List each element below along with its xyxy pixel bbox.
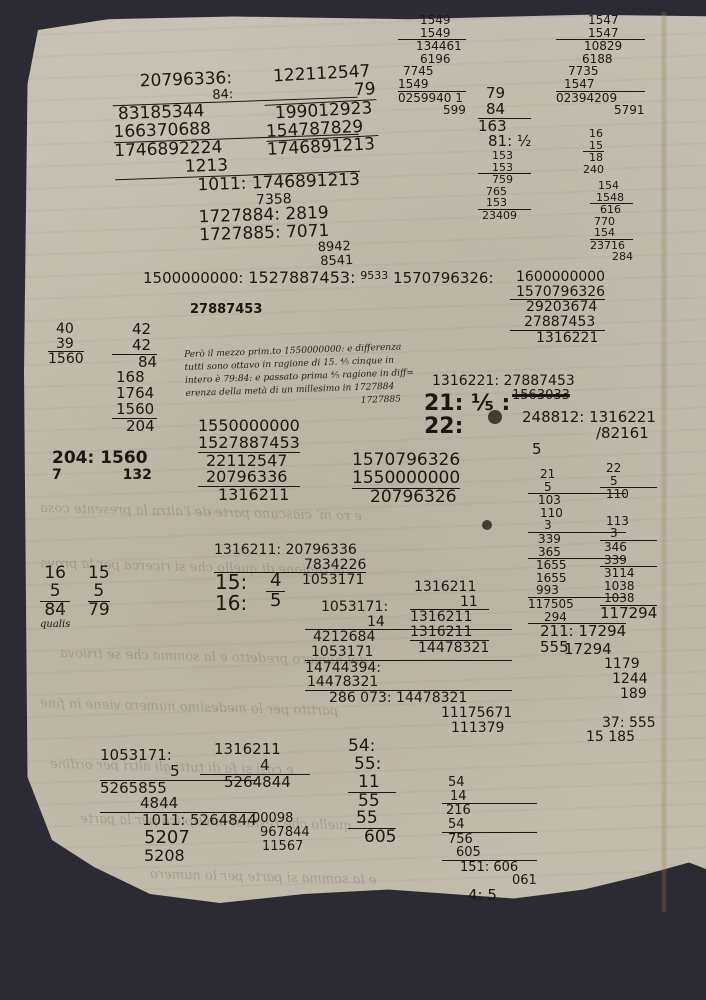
calc-line: 154 [590,227,633,240]
ratio-term: 9533 [360,269,388,282]
calc-line: 5 [266,592,285,611]
calc-line: 5 [522,442,656,458]
calc-line: 605 [348,829,396,847]
calc-block-10: 42 42 84 168 1764 1560 204 [112,322,157,434]
calc-line: 1547 [556,14,645,27]
ratio-15-16: 15: 16: [215,572,247,614]
calc-line: 151: 606 [442,861,537,875]
calc-line: 5 [40,583,70,602]
calc-line: 15: [215,572,247,593]
calc-line: 3114 [600,567,657,580]
calc-line: 605 [442,846,537,861]
ratio-term: 1527887453: [248,268,355,287]
calc-line: 27887453 [510,315,605,331]
calc-line: 1560 [112,402,157,419]
calc-line: 81: ½ [478,134,531,150]
calc-value: 7 [52,467,62,483]
calc-line: 5 [88,583,110,602]
calc-line: 79 [88,602,110,620]
calc-line: 00098 [200,812,310,826]
calc-block-13b: 248812: 1316221 /82161 5 [522,410,656,457]
calc-line: 5264844 [200,775,310,791]
calc-line: 11567 [200,840,310,854]
calc-line: 1549 [398,14,466,27]
calc-block-9: 40 39 1560 [48,322,84,367]
calc-line: 84 [40,602,70,620]
calc-line: /82161 [522,426,656,442]
calc-line: 14 [442,790,537,805]
calc-line: 16 [583,128,604,140]
calc-line: 1316221: 27887453 [432,374,575,389]
calc-block-7: 154 1548 616 770 154 23716 284 [590,180,633,263]
difference-value: 27887453 [190,303,262,317]
calc-line: 11175671 [305,706,512,721]
calc-line: 153 [478,150,531,162]
calc-line: 4 [200,758,310,775]
calc-block-23: 1316211 11 1316211 1316211 14478321 [410,580,489,655]
calc-block-8: 1600000000 1570796326 29203674 27887453 … [510,270,605,345]
calc-line: 11 [348,774,396,793]
page-fold [660,12,668,912]
calc-block-5: 1547 1547 10829 6188 7735 1547 02394209 … [556,14,645,117]
calc-line: 1570796326 [510,285,605,301]
fraction-4-5: 4 5 [266,572,285,611]
calc-line: 3 [600,527,657,541]
calc-block-6: 16 15 18 240 [583,128,604,175]
calc-line: 1547 [556,78,645,92]
calc-line: 189 [600,687,657,702]
calc-line: 1316211 [198,487,300,504]
ink-blot [482,520,492,530]
calc-line: 7 132 [52,468,152,483]
handwritten-note: Però il mezzo prim.to 1550000000: e diff… [184,341,415,414]
calc-line: 759 [478,174,531,186]
calc-line: 204: 1560 [52,450,152,468]
calc-line: 14478321 [410,641,489,656]
calc-line: 346 [600,541,657,554]
calc-line: 240 [583,164,604,176]
calc-line: 117294 [600,606,657,622]
calc-line: 1316211 [410,610,489,625]
calc-line: 153 [478,197,531,210]
calc-line: 54 [442,776,537,790]
calc-line: 4 [266,572,285,592]
calc-line: 154 [590,180,633,192]
calc-block-3: 1549 1549 134461 6196 7745 1549 0259940 … [398,14,466,117]
calc-line: 339 [600,554,657,568]
document-viewer: e ro m' ciascuno parte de l'altra la pre… [0,0,706,1000]
calc-block-11: 204: 1560 7 132 [52,450,152,483]
calc-line: 15 185 [586,730,657,745]
calc-line: 10829 [556,40,645,53]
calc-line: 599 [398,104,466,117]
ink-blot [488,410,502,424]
calc-line: 5 [600,475,657,489]
calc-block-12: 1550000000 1527887453 22112547 20796336 … [198,418,300,504]
calc-block-16: 22 5 110 113 3 346 339 3114 1038 1038 11… [600,462,657,745]
calc-line: 22 [600,462,657,475]
calc-block-25: 1316211 4 5264844 00098 967844 11567 [200,742,310,853]
calc-line: 1600000000 [510,270,605,285]
calc-line: 967844 [200,826,310,840]
calc-value: 132 [67,467,152,483]
calc-line: 14478321 [305,675,512,691]
calc-line: 1316211 [410,580,489,595]
calc-block-26: 54: 55: 11 55 55 605 [348,738,396,847]
calc-line: 756 [442,833,537,847]
calc-line: 17294 [564,642,657,658]
calc-line: 1527887453 [198,435,300,453]
calc-line: 5791 [556,104,645,117]
calc-line: 1179 [600,657,657,672]
calc-line: 1547 [556,27,645,41]
calc-line: 18 [583,152,604,164]
calc-line: 29203674 [510,300,605,315]
calc-line: 1560 [48,352,84,367]
calc-line: 11 [410,595,489,611]
calc-line: 14744394: [305,661,512,676]
calc-line: 1316211: 20796336 [214,543,366,558]
main-ratio-row: 1500000000: 1527887453: 9533 1570796326: [143,270,494,287]
calc-block-2: 122112547 79 199012923 154787829 1746891… [263,63,379,160]
fraction-15-5-79: 15 5 79 [88,565,110,620]
ratio-term: 1500000000: [143,269,244,287]
struck-value: 1563033 [512,388,570,403]
calc-line: 1316221 [510,331,605,346]
calc-line: 134461 [398,40,466,53]
calc-line: 4: 5 [442,888,537,904]
calc-line: qualis [40,620,70,631]
calc-line: 54 [442,818,537,833]
calc-line: 1316211 [200,742,310,758]
calc-line: 1549 [398,27,466,41]
calc-line: 84 [478,102,531,119]
calc-line: 27887453 [190,302,262,317]
calc-line: 40 [48,322,84,337]
calc-line: 616 [590,204,633,216]
calc-block-14: 1570796326 1550000000 20796326 [352,452,460,507]
calc-line: 42 [112,338,157,355]
calc-line: 284 [590,251,633,263]
calc-line: 39 [48,337,84,353]
calc-line: 23409 [478,210,531,222]
calc-line: 1550000000 [352,470,460,489]
calc-line: 110 [600,488,657,501]
calc-line: 113 [600,515,657,528]
calc-line: 1316211 [410,625,489,641]
calc-block-4: 79 84 163 81: ½ 153 153 759 765 153 2340… [478,86,531,221]
calc-line: 286 073: 14478321 [305,691,512,706]
calc-line: 20796326 [352,489,460,507]
ratio-term: 1570796326: [393,269,494,287]
calc-line: 204 [112,419,157,435]
calc-line: 111379 [305,721,512,736]
calc-line: 55: [348,756,396,774]
calc-line: 1244 [600,672,657,687]
calc-block-27: 54 14 216 54 756 605 151: 606 061 4: 5 [442,776,537,904]
calc-line: 37: 555 [600,716,657,731]
calc-line: 216 [442,804,537,818]
calc-line: 1549 [398,78,466,92]
fraction-16-5-84: 16 5 84 qualis [40,565,70,630]
calc-line: 16: [215,593,247,614]
